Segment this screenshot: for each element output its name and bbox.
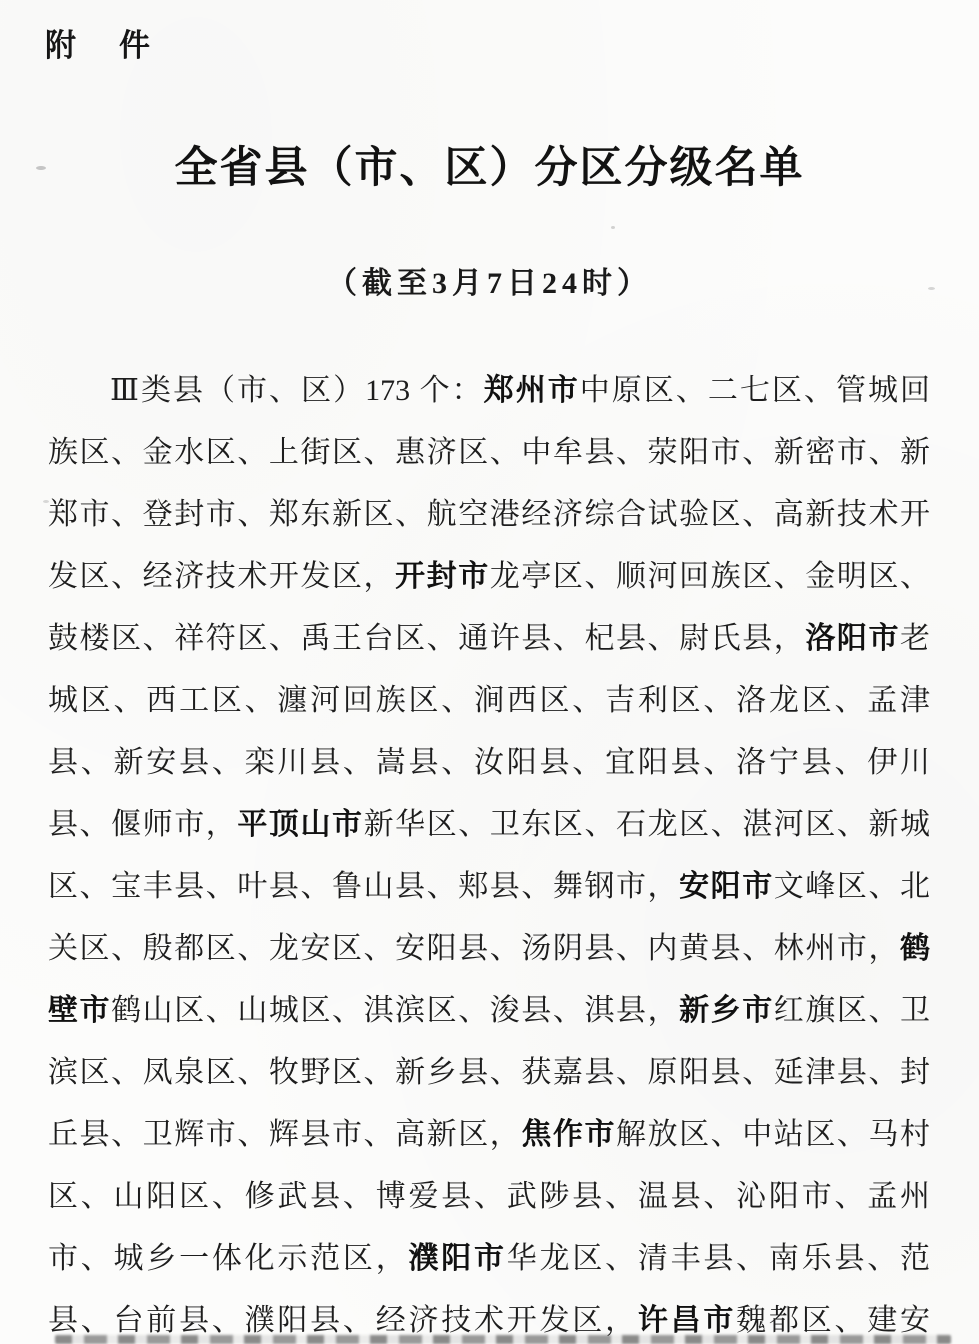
text-line: 区、宝丰县、叶县、鲁山县、郏县、舞钢市，安阳市文峰区、北 — [48, 856, 930, 918]
text-segment: 滨区、凤泉区、牧野区、新乡县、获嘉县、原阳县、延津县、封 — [48, 1056, 930, 1089]
text-line: Ⅲ类县（市、区）173 个：郑州市中原区、二七区、管城回 — [48, 360, 930, 422]
text-segment: 区、山阳区、修武县、博爱县、武陟县、温县、沁阳市、孟州 — [48, 1180, 930, 1213]
text-segment: 文峰区、北 — [774, 870, 930, 903]
text-line: 郑市、登封市、郑东新区、航空港经济综合试验区、高新技术开 — [48, 484, 930, 546]
city-name-bold: 壁市 — [48, 994, 111, 1027]
scan-speck — [43, 500, 49, 503]
clipped-next-line-artifact — [55, 1335, 951, 1344]
document-title: 全省县（市、区）分区分级名单 — [0, 134, 979, 195]
city-name-bold: 安阳市 — [679, 870, 774, 903]
text-line: 壁市鹤山区、山城区、淇滨区、浚县、淇县，新乡市红旗区、卫 — [48, 980, 930, 1042]
text-line: 滨区、凤泉区、牧野区、新乡县、获嘉县、原阳县、延津县、封 — [48, 1042, 930, 1104]
text-segment: Ⅲ类县（市、区）173 个： — [110, 374, 484, 407]
city-name-bold: 新乡市 — [679, 994, 774, 1027]
text-segment: 红旗区、卫 — [774, 994, 930, 1027]
text-segment: 族区、金水区、上街区、惠济区、中牟县、荥阳市、新密市、新 — [48, 436, 930, 469]
text-segment: 华龙区、清丰县、南乐县、范 — [507, 1242, 930, 1275]
city-name-bold: 许昌市 — [638, 1304, 736, 1337]
text-segment: 郑市、登封市、郑东新区、航空港经济综合试验区、高新技术开 — [48, 498, 930, 531]
text-segment: 解放区、中站区、马村 — [616, 1118, 930, 1151]
text-line: 市、城乡一体化示范区，濮阳市华龙区、清丰县、南乐县、范 — [48, 1228, 930, 1290]
text-segment: 市、城乡一体化示范区， — [48, 1242, 408, 1275]
city-name-bold: 开封市 — [395, 560, 490, 593]
text-segment: 县、新安县、栾川县、嵩县、汝阳县、宜阳县、洛宁县、伊川 — [48, 746, 930, 779]
city-name-bold: 郑州市 — [484, 374, 580, 407]
text-segment: 老 — [900, 622, 930, 655]
text-segment: 鼓楼区、祥符区、禹王台区、通许县、杞县、尉氏县， — [48, 622, 805, 655]
text-line: 族区、金水区、上街区、惠济区、中牟县、荥阳市、新密市、新 — [48, 422, 930, 484]
text-line: 关区、殷都区、龙安区、安阳县、汤阴县、内黄县、林州市，鹤 — [48, 918, 930, 980]
text-line: 县、新安县、栾川县、嵩县、汝阳县、宜阳县、洛宁县、伊川 — [48, 732, 930, 794]
text-line: 县、偃师市，平顶山市新华区、卫东区、石龙区、湛河区、新城 — [48, 794, 930, 856]
text-segment: 县、偃师市， — [48, 808, 237, 841]
text-line: 发区、经济技术开发区，开封市龙亭区、顺河回族区、金明区、 — [48, 546, 930, 608]
city-name-bold: 平顶山市 — [237, 808, 363, 841]
text-segment: 关区、殷都区、龙安区、安阳县、汤阴县、内黄县、林州市， — [48, 932, 900, 965]
city-name-bold: 鹤 — [900, 932, 930, 965]
scan-speck — [928, 287, 935, 290]
text-segment: 城区、西工区、瀍河回族区、涧西区、吉利区、洛龙区、孟津 — [48, 684, 930, 717]
text-segment: 丘县、卫辉市、辉县市、高新区， — [48, 1118, 521, 1151]
text-segment: 龙亭区、顺河回族区、金明区、 — [490, 560, 930, 593]
text-segment: 新华区、卫东区、石龙区、湛河区、新城 — [364, 808, 930, 841]
text-segment: 魏都区、建安 — [736, 1304, 930, 1337]
text-line: 区、山阳区、修武县、博爱县、武陟县、温县、沁阳市、孟州 — [48, 1166, 930, 1228]
city-name-bold: 焦作市 — [521, 1118, 616, 1151]
body-lines: Ⅲ类县（市、区）173 个：郑州市中原区、二七区、管城回族区、金水区、上街区、惠… — [48, 360, 930, 1344]
text-segment: 县、台前县、濮阳县、经济技术开发区， — [48, 1304, 638, 1337]
text-segment: 中原区、二七区、管城回 — [580, 374, 930, 407]
city-name-bold: 濮阳市 — [408, 1242, 506, 1275]
text-segment: 发区、经济技术开发区， — [48, 560, 395, 593]
city-name-bold: 洛阳市 — [805, 622, 900, 655]
text-line: 城区、西工区、瀍河回族区、涧西区、吉利区、洛龙区、孟津 — [48, 670, 930, 732]
scan-speck — [611, 226, 615, 229]
attachment-label: 附 件 — [45, 20, 156, 65]
document-subtitle: （截至3月7日24时） — [0, 258, 979, 302]
document-page: 附 件 全省县（市、区）分区分级名单 （截至3月7日24时） Ⅲ类县（市、区）1… — [0, 0, 979, 1344]
scan-speck — [36, 166, 46, 170]
text-line: 鼓楼区、祥符区、禹王台区、通许县、杞县、尉氏县，洛阳市老 — [48, 608, 930, 670]
text-segment: 鹤山区、山城区、淇滨区、浚县、淇县， — [111, 994, 679, 1027]
text-segment: 区、宝丰县、叶县、鲁山县、郏县、舞钢市， — [48, 870, 679, 903]
text-line: 丘县、卫辉市、辉县市、高新区，焦作市解放区、中站区、马村 — [48, 1104, 930, 1166]
